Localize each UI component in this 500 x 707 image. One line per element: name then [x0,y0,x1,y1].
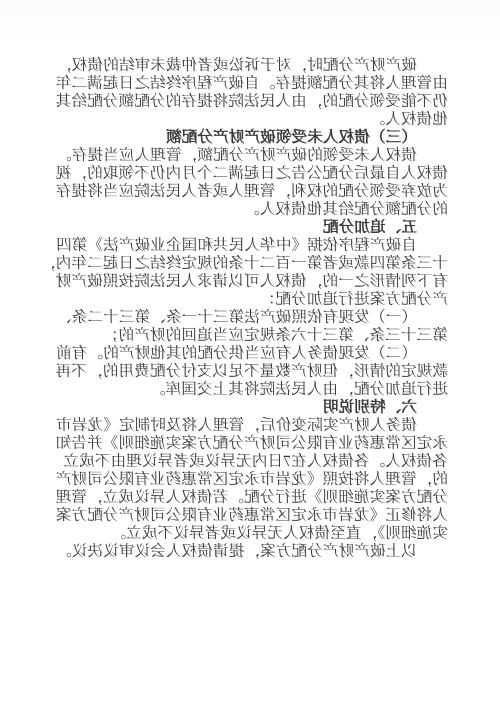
text-line: （二）发现债务人有应当供分配的其他财产的。有前 [52,345,448,363]
text-line: （一）发现有依照破产法第三十一条、第三十二条、 [52,309,448,327]
text-line: 破产财产分配时，对于诉讼或者仲裁未审结的债权， [52,57,448,75]
heading-line: 六、特别说明 [52,399,448,417]
heading-line: 五、追加分配 [52,219,448,237]
text-line: 债权人自最后分配公告之日起满二个月内仍不领取的，视 [52,165,448,183]
text-line: 十三条第四款或者第一百二十条的规定终结之日起二年内， [52,255,448,273]
scanned-document-page: 破产财产分配时，对于诉讼或者仲裁未审结的债权，由管理人将其分配额提存。自破产程序… [0,0,500,707]
text-line: 第三十三条、第三十六条规定应当追回的财产的； [52,327,448,345]
text-line: 债权人未受领的破产财产分配额，管理人应当提存。 [52,147,448,165]
text-line: 产分配方案进行追加分配： [52,291,448,309]
document-body: 破产财产分配时，对于诉讼或者仲裁未审结的债权，由管理人将其分配额提存。自破产程序… [52,57,448,561]
text-line: 各债权人。各债权人在7日内无异议或者异议理由不成立 [52,453,448,471]
heading-line: （三）债权人未受领破产财产分配额 [52,129,448,147]
text-line: 实施细则》，直至债权人无异议或者异议不成立。 [52,525,448,543]
text-line: 永定区常惠药业有限公司财产分配方案实施细则》并告知 [52,435,448,453]
text-line: 进行追加分配，由人民法院将其上交国库。 [52,381,448,399]
text-line: 分配方案实施细则》进行分配。若债权人异议成立，管理 [52,489,448,507]
text-line: 款规定的情形，但财产数量不足以支付分配费用的，不再 [52,363,448,381]
text-line: 债务人财产实际变价后，管理人将及时制定《龙岩市 [52,417,448,435]
text-line: 他债权人。 [52,111,448,129]
text-line: 的，管理人将按照《龙岩市永定区常惠药业有限公司财产 [52,471,448,489]
text-line: 人将修正《龙岩市永定区常惠药业有限公司财产分配方案 [52,507,448,525]
mirrored-text-block: 破产财产分配时，对于诉讼或者仲裁未审结的债权，由管理人将其分配额提存。自破产程序… [52,57,448,561]
text-line: 自破产程序依据《中华人民共和国企业破产法》第四 [52,237,448,255]
text-line: 由管理人将其分配额提存。自破产程序终结之日起满二年 [52,75,448,93]
text-line: 以上破产财产分配方案，提请债权人会议审议决议。 [52,543,448,561]
text-line: 为放弃受领分配的权利，管理人或者人民法院应当将提存 [52,183,448,201]
text-line: 的分配额分配给其他债权人。 [52,201,448,219]
text-line: 有下列情形之一的，债权人可以请求人民法院按照破产财 [52,273,448,291]
text-line: 仍不能受领分配的，由人民法院将提存的分配额分配给其 [52,93,448,111]
